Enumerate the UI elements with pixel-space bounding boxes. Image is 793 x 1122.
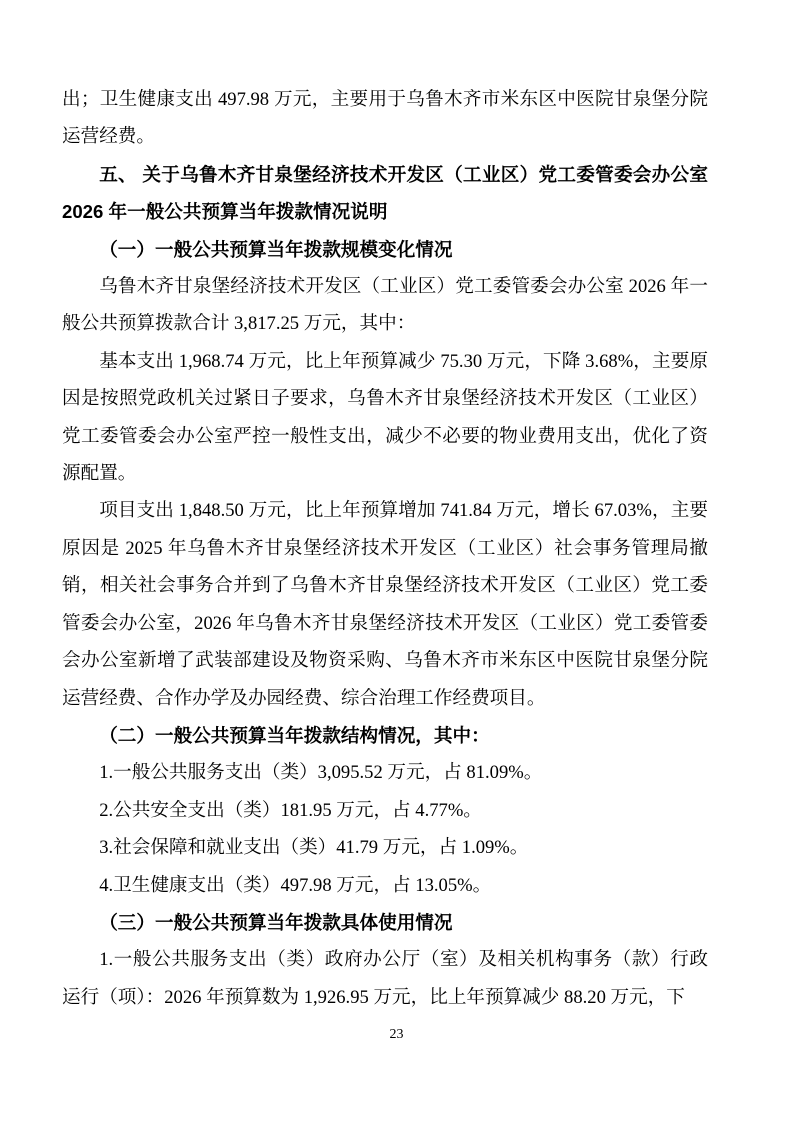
paragraph-basic-expenditure: 基本支出 1,968.74 万元，比上年预算减少 75.30 万元，下降 3.6… [62,343,708,493]
subsection-heading-one: （一）一般公共预算当年拨款规模变化情况 [62,231,708,268]
list-item-general-public-service: 1.一般公共服务支出（类）3,095.52 万元，占 81.09%。 [62,754,708,791]
subsection-heading-three: （三）一般公共预算当年拨款具体使用情况 [62,904,708,941]
list-item-social-security-employment: 3.社会保障和就业支出（类）41.79 万元，占 1.09%。 [62,829,708,866]
subsection-heading-two: （二）一般公共预算当年拨款结构情况，其中： [62,717,708,754]
paragraph-continuation-health-expenditure: 出；卫生健康支出 497.98 万元，主要用于乌鲁木齐市米东区中医院甘泉堡分院运… [62,81,708,156]
document-page: 出；卫生健康支出 497.98 万元，主要用于乌鲁木齐市米东区中医院甘泉堡分院运… [0,0,793,1122]
list-item-health: 4.卫生健康支出（类）497.98 万元，占 13.05%。 [62,867,708,904]
section-heading-five: 五、 关于乌鲁木齐甘泉堡经济技术开发区（工业区）党工委管委会办公室 2026 年… [62,156,708,231]
paragraph-project-expenditure: 项目支出 1,848.50 万元，比上年预算增加 741.84 万元，增长 67… [62,492,708,716]
page-number: 23 [0,1026,793,1044]
list-item-public-security: 2.公共安全支出（类）181.95 万元，占 4.77%。 [62,792,708,829]
paragraph-total-appropriation: 乌鲁木齐甘泉堡经济技术开发区（工业区）党工委管委会办公室 2026 年一般公共预… [62,268,708,343]
paragraph-admin-operation: 1.一般公共服务支出（类）政府办公厅（室）及相关机构事务（款）行政运行（项）：2… [62,941,708,1016]
page-text-content: 出；卫生健康支出 497.98 万元，主要用于乌鲁木齐市米东区中医院甘泉堡分院运… [62,81,708,1016]
